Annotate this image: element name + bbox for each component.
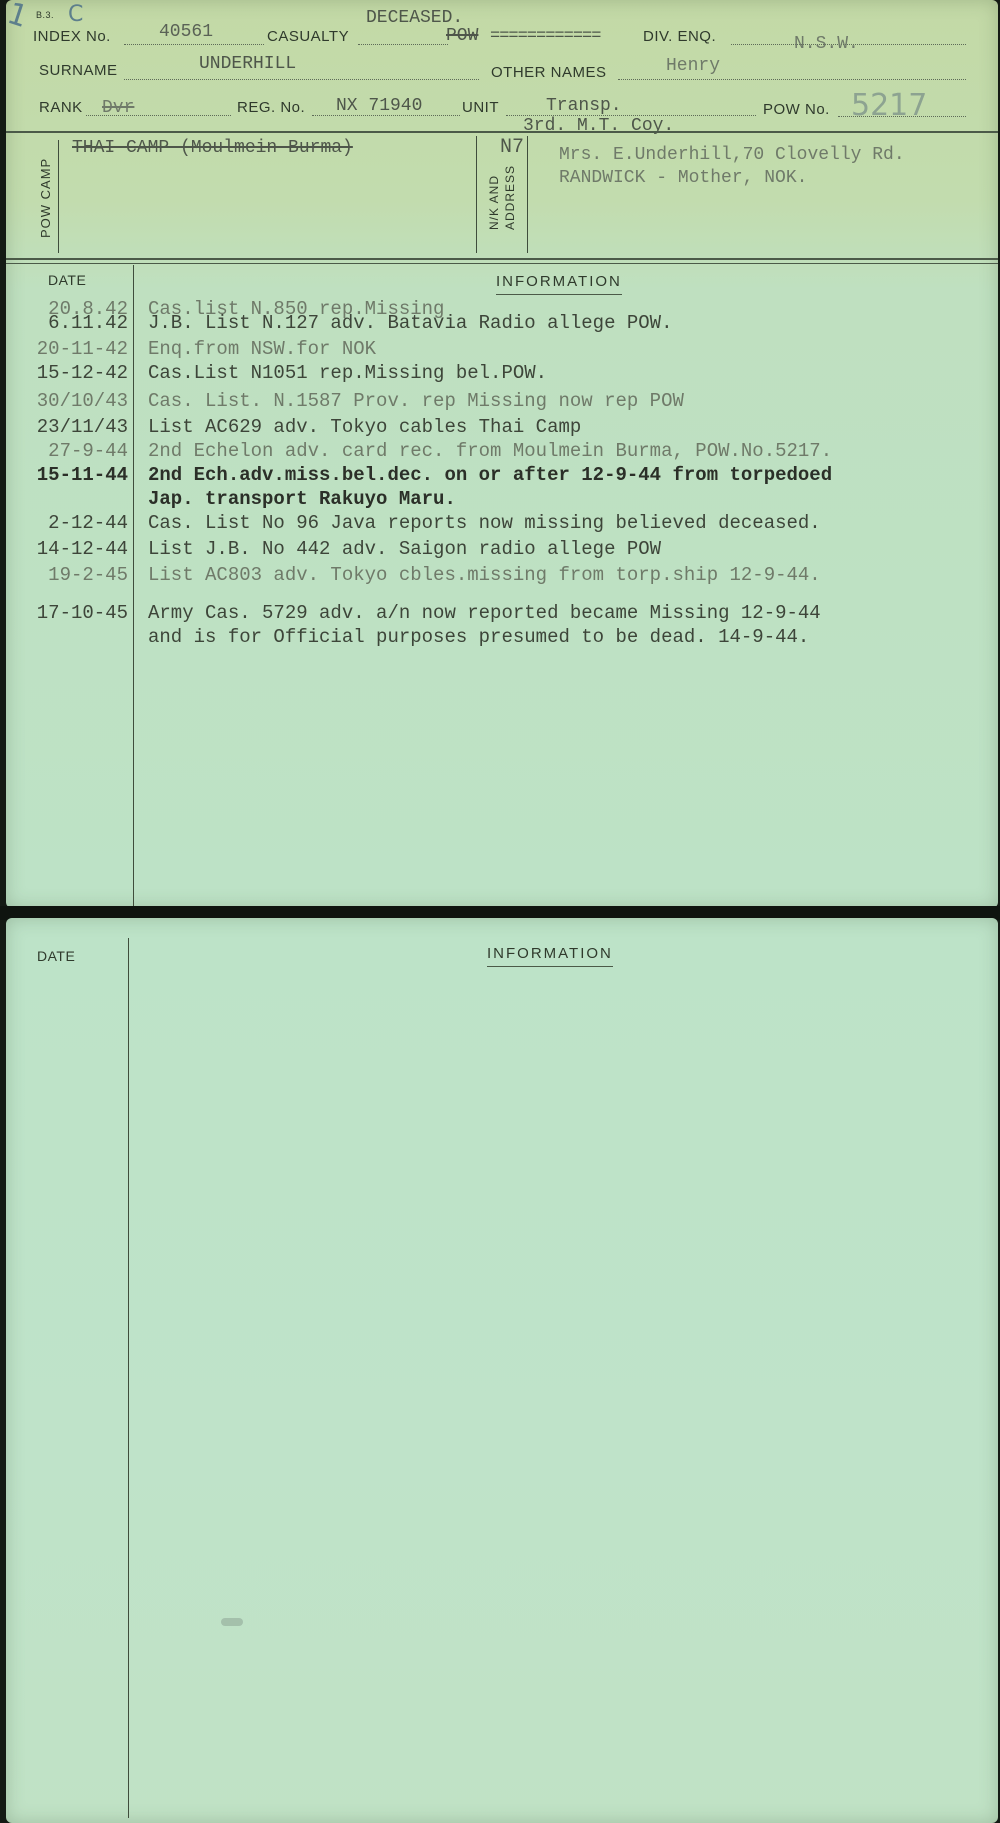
reverse-date-header: DATE [37, 948, 75, 964]
entry-info: Cas. List. N.1587 Prov. rep Missing now … [148, 390, 684, 412]
entry-info: List AC803 adv. Tokyo cbles.missing from… [148, 564, 821, 586]
entry-info: Jap. transport Rakuyo Maru. [148, 488, 456, 510]
entry-info: List J.B. No 442 adv. Saigon radio alleg… [148, 538, 661, 560]
pow-camp-label: POW CAMP [38, 158, 53, 238]
reverse-information-header: INFORMATION [487, 945, 613, 967]
entry-date: 30/10/43 [37, 390, 128, 412]
unit-value-line2: 3rd. M.T. Coy. [523, 116, 674, 136]
reg-no-label: REG. No. [237, 99, 305, 116]
entry-info: Cas.List N1051 rep.Missing bel.POW. [148, 362, 547, 384]
entry-date: 14-12-44 [37, 538, 128, 560]
pow-no-label: POW No. [763, 101, 830, 118]
nk-marker: N7 [500, 136, 524, 159]
other-names-value: Henry [666, 56, 720, 76]
paper-blemish [221, 1618, 243, 1626]
surname-value: UNDERHILL [199, 54, 296, 74]
div-enq-value: N.S.W. [794, 34, 859, 54]
rank-label: RANK [39, 99, 83, 116]
casualty-fill: ============ [490, 27, 600, 46]
other-names-label: OTHER NAMES [491, 64, 607, 81]
index-no-value: 40561 [159, 22, 213, 42]
address-label: ADDRESS [503, 165, 517, 230]
entry-date: 19-2-45 [48, 564, 128, 586]
pencil-annotation: 1 [3, 0, 32, 35]
entry-info: and is for Official purposes presumed to… [148, 626, 809, 648]
index-no-label: INDEX No. [33, 28, 111, 45]
nk-and-label: N/K AND [487, 175, 501, 230]
entry-date: 15-11-44 [37, 464, 128, 486]
nk-address-line1: Mrs. E.Underhill,70 Clovelly Rd. [559, 145, 905, 165]
reg-no-value: NX 71940 [336, 96, 422, 116]
entry-date: 6.11.42 [48, 312, 128, 334]
entry-info: 2nd Echelon adv. card rec. from Moulmein… [148, 440, 832, 462]
pencil-annotation-2: C [68, 2, 83, 27]
entry-date: 20-11-42 [37, 338, 128, 360]
casualty-struck-value: POW [446, 26, 478, 46]
nk-address-line2: RANDWICK - Mother, NOK. [559, 168, 807, 188]
casualty-label: CASUALTY [267, 28, 349, 45]
entry-info: 2nd Ech.adv.miss.bel.dec. on or after 12… [148, 464, 832, 486]
surname-label: SURNAME [39, 62, 118, 79]
information-column-header: INFORMATION [496, 273, 622, 295]
entry-date: 17-10-45 [37, 602, 128, 624]
form-code: B.3. [36, 10, 54, 20]
rank-value: Dvr [102, 98, 134, 118]
unit-value-line1: Transp. [546, 96, 622, 116]
entry-date: 27-9-44 [48, 440, 128, 462]
div-enq-label: DIV. ENQ. [643, 28, 716, 45]
pow-no-value: 5217 [851, 88, 927, 123]
entry-date: 2-12-44 [48, 512, 128, 534]
entry-info: Army Cas. 5729 adv. a/n now reported bec… [148, 602, 821, 624]
pow-camp-value: THAI-CAMP-(Moulmein-Burma) [72, 138, 353, 158]
casualty-value: DECEASED. [366, 8, 463, 28]
entry-date: 15-12-42 [37, 362, 128, 384]
record-card-reverse: DATE INFORMATION [6, 918, 998, 1823]
entry-date: 23/11/43 [37, 416, 128, 438]
entry-info: Enq.from NSW.for NOK [148, 338, 376, 360]
record-card-front: 1 C B.3. INDEX No. 40561 CASUALTY DECEAS… [6, 0, 998, 908]
entry-info: List AC629 adv. Tokyo cables Thai Camp [148, 416, 581, 438]
entry-info: J.B. List N.127 adv. Batavia Radio alleg… [148, 312, 673, 334]
date-column-header: DATE [48, 272, 86, 288]
unit-label: UNIT [462, 99, 499, 116]
entry-info: Cas. List No 96 Java reports now missing… [148, 512, 821, 534]
